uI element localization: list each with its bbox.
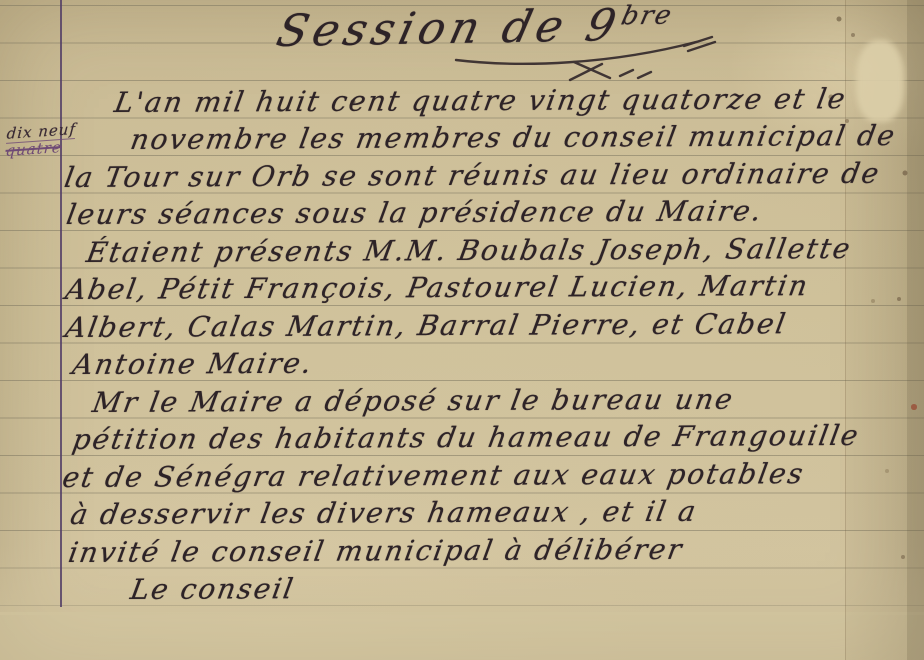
manuscript-line: invité le conseil municipal à délibérer xyxy=(66,533,686,569)
title-flourish-icon xyxy=(452,34,722,82)
manuscript-line: leurs séances sous la présidence du Mair… xyxy=(64,194,766,231)
manuscript-line: et de Sénégra relativement aux eaux pota… xyxy=(60,457,807,494)
manuscript-line: novembre les membres du conseil municipa… xyxy=(128,119,899,156)
bottom-margin xyxy=(0,612,924,660)
title-superscript: bre xyxy=(618,1,676,32)
tape-residue-stain xyxy=(856,40,904,122)
manuscript-line: pétition des habitants du hameau de Fran… xyxy=(70,419,862,456)
manuscript-line: la Tour sur Orb se sont réunis au lieu o… xyxy=(62,157,883,194)
foxing-specks xyxy=(0,0,2,2)
scan-edge-shadow xyxy=(907,0,924,660)
manuscript-line: Étaient présents M.M. Boubals Joseph, Sa… xyxy=(84,232,854,269)
manuscript-line: Abel, Pétit François, Pastourel Lucien, … xyxy=(63,269,812,306)
manuscript-line: L'an mil huit cent quatre vingt quatorze… xyxy=(112,82,849,119)
margin-rule-line xyxy=(60,0,62,607)
manuscript-line: Albert, Calas Martin, Barral Pierre, et … xyxy=(63,307,790,344)
manuscript-line: Le conseil xyxy=(128,572,297,606)
manuscript-line: Mr le Maire a déposé sur le bureau une xyxy=(90,383,737,419)
manuscript-line: à desservir les divers hameaux , et il a xyxy=(68,495,700,531)
manuscript-line: Antoine Maire. xyxy=(70,347,316,381)
manuscript-page: Session de 9bre dix neuf quatre L'an mil… xyxy=(0,0,924,660)
